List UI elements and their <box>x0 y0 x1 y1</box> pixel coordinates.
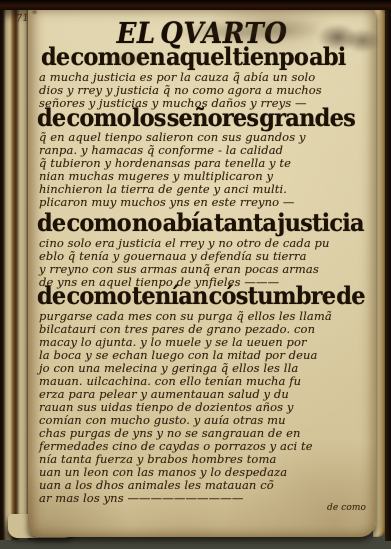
section-heading: de como no abía tanta justicia <box>37 211 364 236</box>
section-body: q̃ en aquel tienpo salieron con sus guan… <box>39 131 306 209</box>
manuscript-photo: EL QVARTO de como en aquel tienpo abi a … <box>0 0 391 549</box>
photo-top-border <box>0 0 391 10</box>
manuscript-page: EL QVARTO de como en aquel tienpo abi a … <box>28 8 376 537</box>
section-heading: de como en aquel tienpo abi <box>41 45 346 70</box>
book-gutter-page-edges <box>0 6 31 540</box>
section-heading: de como los señores grandes <box>37 106 355 131</box>
folio-flourish-mark <box>30 8 39 16</box>
text-line: ar mas los yns —————————— <box>39 492 332 505</box>
photo-right-edge <box>385 0 391 541</box>
section-body: cino solo era justicia el rrey y no otro… <box>39 237 330 289</box>
folio-number: 71 <box>16 13 30 25</box>
section-body: purgarse cada mes con su purga q̃ ellos … <box>39 310 332 505</box>
catchword: de como <box>327 503 366 513</box>
section-heading: de como tenían cóstumbre de <box>37 284 365 309</box>
text-line: plicaron muy muchos yns en este rreyno — <box>39 196 306 209</box>
